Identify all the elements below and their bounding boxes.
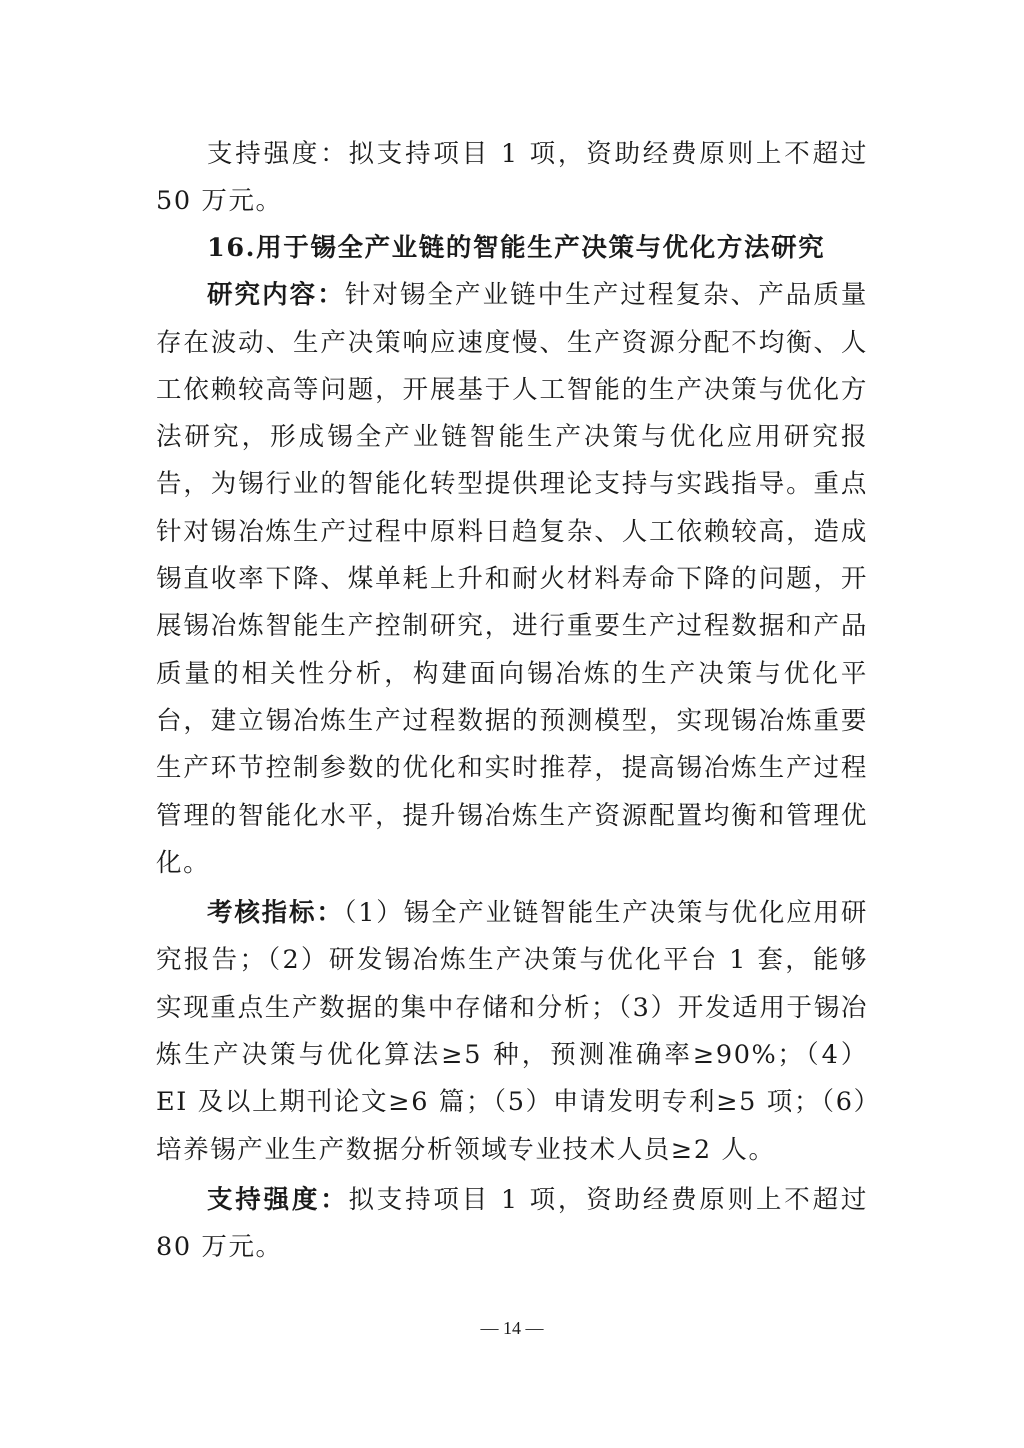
section-16: 16.用于锡全产业链的智能生产决策与优化方法研究 研究内容：针对锡全产业链中生产… [156, 225, 868, 1272]
intro-support-label: 支持强度： [207, 139, 349, 169]
assessment-paragraph: 考核指标：（1）锡全产业链智能生产决策与优化应用研究报告；（2）研发锡冶炼生产决… [156, 890, 868, 1174]
section-heading: 16.用于锡全产业链的智能生产决策与优化方法研究 [156, 225, 868, 272]
intro-support-paragraph: 支持强度：拟支持项目 1 项，资助经费原则上不超过 50 万元。 [156, 131, 868, 226]
document-page: 支持强度：拟支持项目 1 项，资助经费原则上不超过 50 万元。 16.用于锡全… [0, 0, 1024, 1448]
support-paragraph: 支持强度：拟支持项目 1 项，资助经费原则上不超过 80 万元。 [156, 1177, 868, 1272]
research-content-text: 针对锡全产业链中生产过程复杂、产品质量存在波动、生产决策响应速度慢、生产资源分配… [156, 280, 868, 878]
page-number: — 14 — [0, 1318, 1024, 1339]
intro-support-block: 支持强度：拟支持项目 1 项，资助经费原则上不超过 50 万元。 [156, 131, 868, 226]
assessment-label: 考核指标： [207, 898, 344, 928]
research-content-label: 研究内容： [207, 280, 345, 310]
assessment-text: （1）锡全产业链智能生产决策与优化应用研究报告；（2）研发锡冶炼生产决策与优化平… [156, 898, 868, 1164]
research-content-paragraph: 研究内容：针对锡全产业链中生产过程复杂、产品质量存在波动、生产决策响应速度慢、生… [156, 272, 868, 887]
support-label: 支持强度： [207, 1185, 349, 1215]
